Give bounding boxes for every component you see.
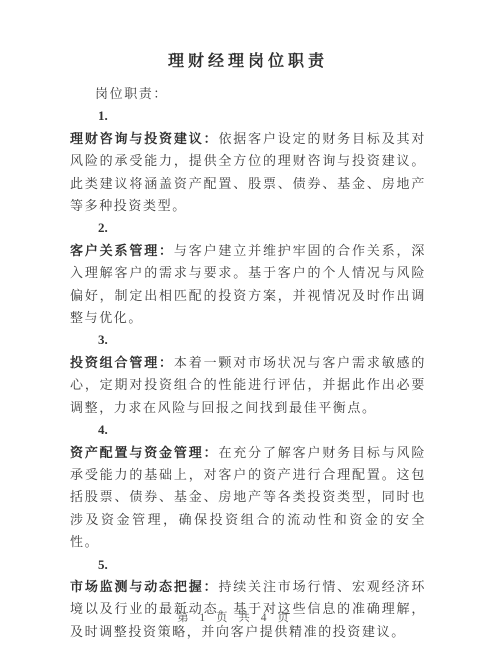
section-paragraph: 资产配置与资金管理：在充分了解客户财务目标与风险承受能力的基础上，对客户的资产进… xyxy=(70,442,426,554)
section-heading: 投资组合管理： xyxy=(70,355,174,370)
section-heading: 客户关系管理： xyxy=(70,243,174,258)
section-heading: 资产配置与资金管理： xyxy=(70,445,218,460)
section-number: 5. xyxy=(70,554,426,576)
section-paragraph: 理财咨询与投资建议：依据客户设定的财务目标及其对风险的承受能力，提供全方位的理财… xyxy=(70,128,426,218)
section-body: 在充分了解客户财务目标与风险承受能力的基础上，对客户的资产进行合理配置。这包括股… xyxy=(70,445,426,550)
section-number: 1. xyxy=(70,105,426,127)
section-paragraph: 客户关系管理：与客户建立并维护牢固的合作关系，深入理解客户的需求与要求。基于客户… xyxy=(70,240,426,330)
section-number: 3. xyxy=(70,329,426,351)
intro-label: 岗位职责： xyxy=(70,83,426,105)
section-heading: 市场监测与动态把握： xyxy=(70,579,218,594)
document-content: 理财经理岗位职责 岗位职责： 1. 理财咨询与投资建议：依据客户设定的财务目标及… xyxy=(70,50,426,643)
section-paragraph: 投资组合管理：本着一颗对市场状况与客户需求敏感的心，定期对投资组合的性能进行评估… xyxy=(70,352,426,419)
section-number: 2. xyxy=(70,217,426,239)
section-number: 4. xyxy=(70,419,426,441)
document-title: 理财经理岗位职责 xyxy=(70,50,426,74)
page-number: 第 1 页 共 4 页 xyxy=(0,609,470,625)
document-page: 理财经理岗位职责 岗位职责： 1. 理财咨询与投资建议：依据客户设定的财务目标及… xyxy=(0,0,500,647)
section-heading: 理财咨询与投资建议： xyxy=(70,131,218,146)
